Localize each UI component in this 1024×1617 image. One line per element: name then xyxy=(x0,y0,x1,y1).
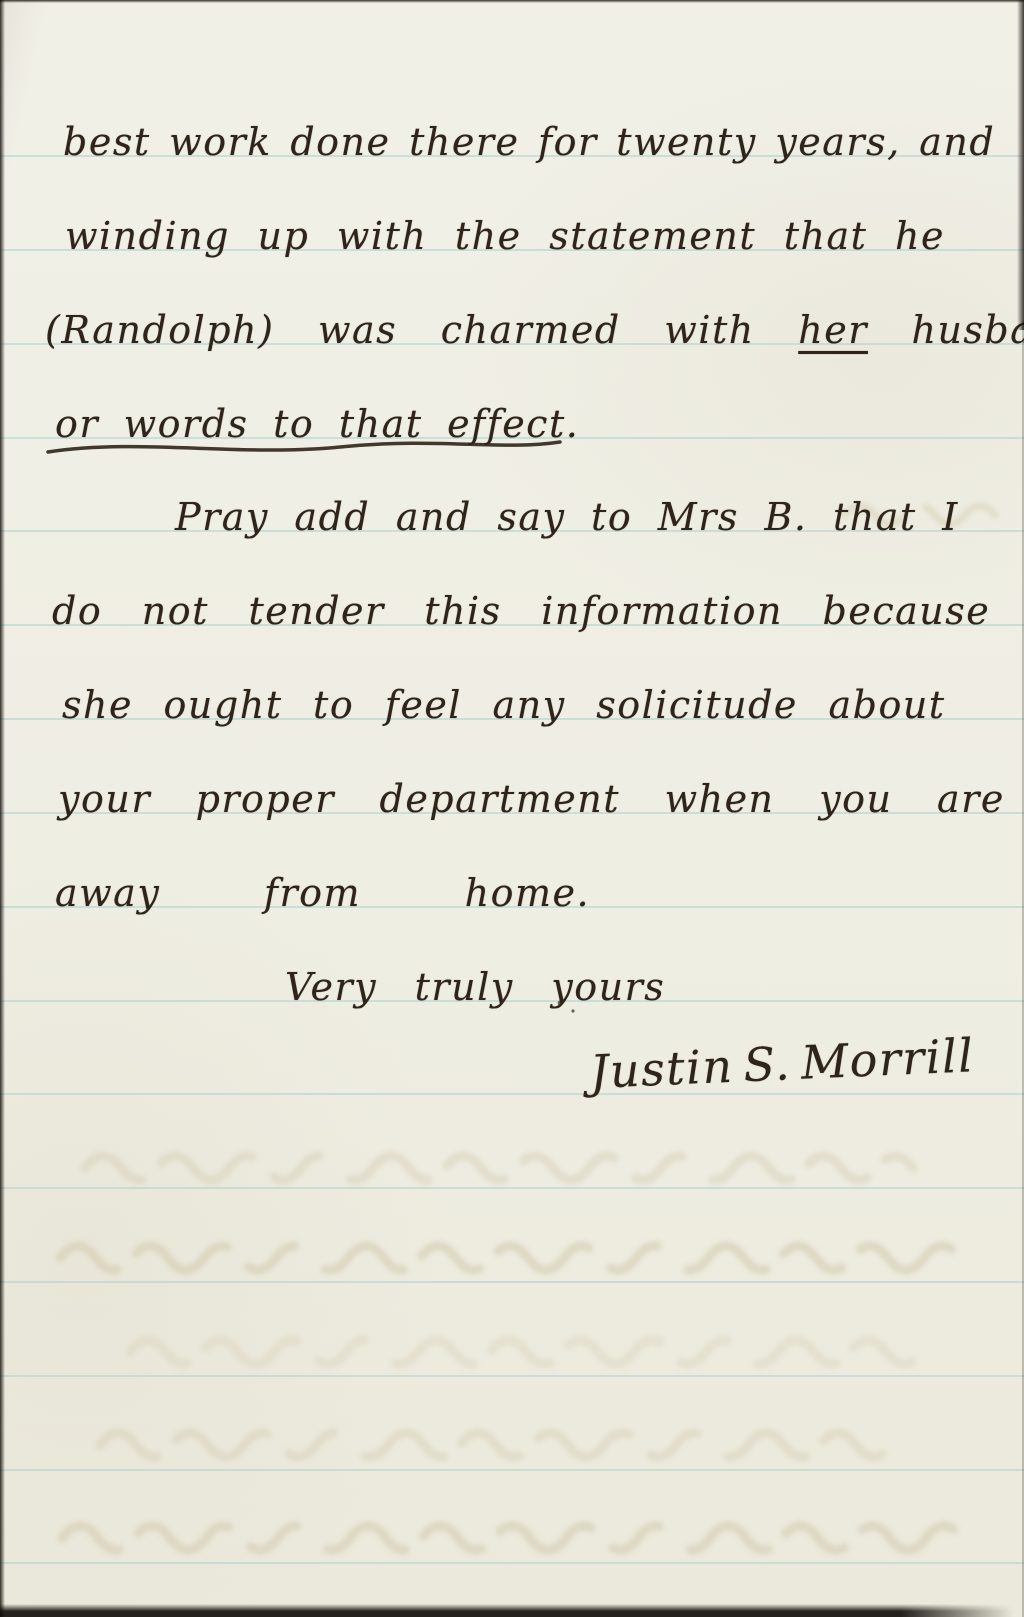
letter-line-7: she ought to feel any solicitude about xyxy=(62,678,946,732)
ruled-line xyxy=(0,1187,1024,1189)
underlined-word-her: her xyxy=(798,308,868,352)
letter-line-9: away from home. xyxy=(55,866,590,920)
letter-line-6: do not tender this information because xyxy=(52,584,990,638)
letter-closing: Very truly yours xyxy=(285,960,665,1014)
ruled-line xyxy=(0,1562,1024,1564)
signature: Justin S. Morrill xyxy=(589,1023,976,1104)
closing-text: Very truly yours xyxy=(285,965,665,1009)
line-text: best work done there for twenty years, a… xyxy=(63,120,995,164)
line-text: your proper department when you are xyxy=(58,777,1005,821)
letter-line-1: best work done there for twenty years, a… xyxy=(63,115,995,169)
ghost-line-1 xyxy=(85,1156,913,1180)
letter-line-3: (Randolph) was charmed with her husband, xyxy=(45,303,1024,357)
letter-line-2: winding up with the statement that he xyxy=(65,209,945,263)
letter-line-5: Pray add and say to Mrs B. that I xyxy=(175,490,959,544)
ruled-line xyxy=(0,1375,1024,1377)
line-text: do not tender this information because xyxy=(52,589,990,633)
line-text: or words to that effect. xyxy=(55,402,579,446)
letter-page: best work done there for twenty years, a… xyxy=(0,0,1024,1617)
line-text: winding up with the statement that he xyxy=(65,214,945,258)
letter-line-4: or words to that effect. xyxy=(55,397,579,451)
scan-edge-right xyxy=(1017,0,1024,330)
scan-edge-bottom xyxy=(0,1604,1024,1617)
ruled-line xyxy=(0,1093,1024,1095)
line-text: (Randolph) was charmed with xyxy=(45,308,798,352)
ghost-line-2 xyxy=(60,1246,960,1270)
scan-edge-top xyxy=(0,0,1024,3)
ghost-line-4 xyxy=(100,1433,892,1457)
ghost-line-3 xyxy=(130,1340,922,1364)
letter-line-8: your proper department when you are xyxy=(58,772,1005,826)
ghost-line-5 xyxy=(62,1526,962,1550)
line-text: she ought to feel any solicitude about xyxy=(62,683,946,727)
line-text: husband, xyxy=(868,308,1024,352)
line-text: away from home. xyxy=(55,871,590,915)
line-text: Pray add and say to Mrs B. that I xyxy=(175,495,959,539)
ruled-line xyxy=(0,1469,1024,1471)
signature-text: Justin S. Morrill xyxy=(589,1028,976,1099)
ruled-line xyxy=(0,1281,1024,1283)
